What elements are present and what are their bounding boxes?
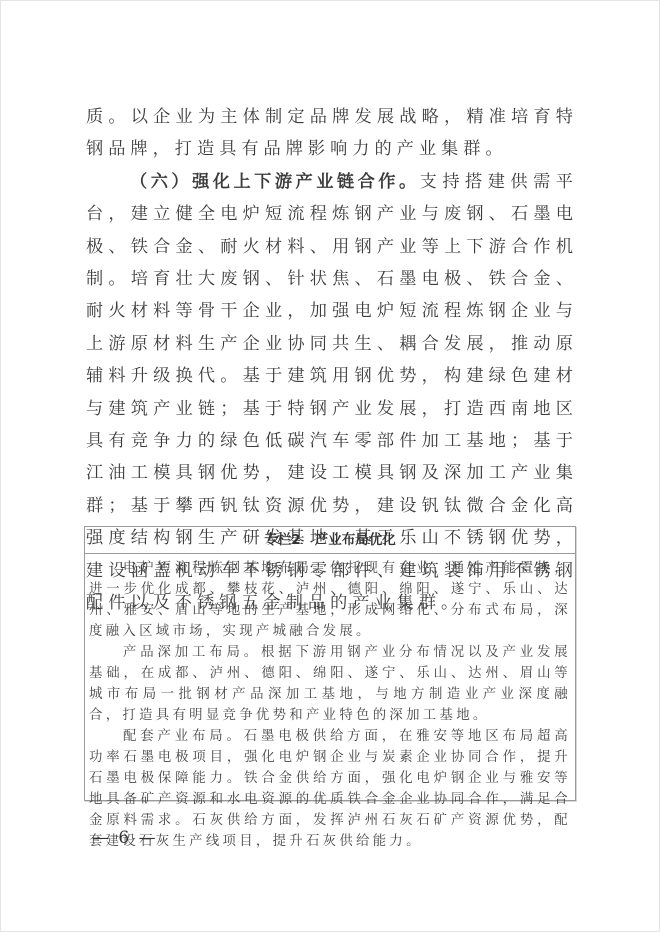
box-header: 专栏2产业布局优化 xyxy=(85,527,575,554)
box-label: 专栏2 xyxy=(264,532,300,548)
sidebar-box-layout-optimization: 专栏2产业布局优化 电炉短流程炼钢基地布局。依托现有企业，通过产能置换，进一步优… xyxy=(84,526,576,801)
section-heading: （六）强化上下游产业链合作。 xyxy=(130,172,420,192)
box-title: 产业布局优化 xyxy=(315,532,396,548)
page-number: — 6 — xyxy=(92,828,158,848)
box-item-supporting-industry-layout: 配套产业布局。石墨电极供给方面，在雅安等地区布局超高功率石墨电极项目，强化电炉钢… xyxy=(89,726,571,852)
box-item-eaf-base-layout: 电炉短流程炼钢基地布局。依托现有企业，通过产能置换，进一步优化成都、攀枝花、泸州… xyxy=(89,558,571,642)
paragraph-text: 质。以企业为主体制定品牌发展战略，精准培育特钢品牌，打造具有品牌影响力的产业集群… xyxy=(86,107,578,159)
box-body: 电炉短流程炼钢基地布局。依托现有企业，通过产能置换，进一步优化成都、攀枝花、泸州… xyxy=(85,554,575,852)
paragraph-continuation: 质。以企业为主体制定品牌发展战略，精准培育特钢品牌，打造具有品牌影响力的产业集群… xyxy=(86,101,578,166)
box-item-deep-processing-layout: 产品深加工布局。根据下游用钢产业分布情况以及产业发展基础，在成都、泸州、德阳、绵… xyxy=(89,642,571,726)
